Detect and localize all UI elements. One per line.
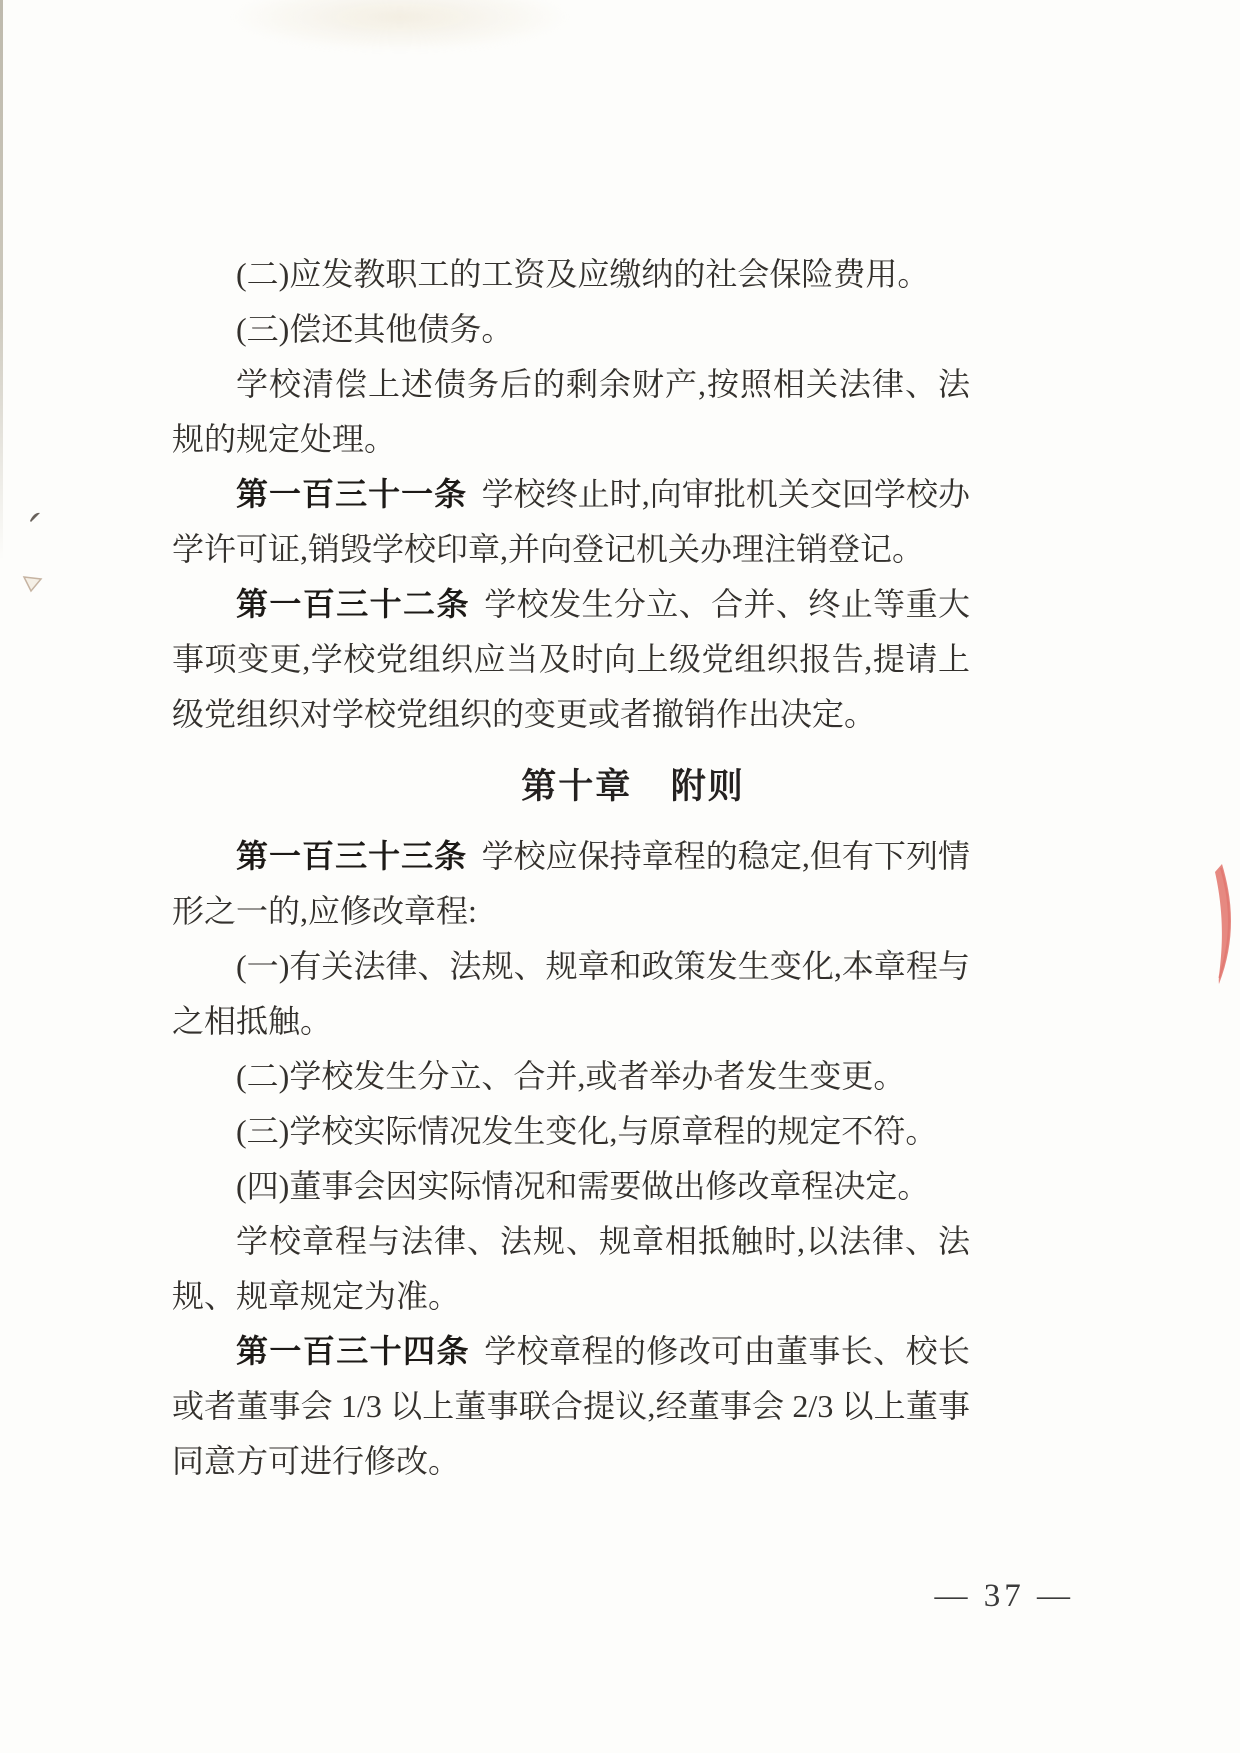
list-item-paragraph: (二)应发教职工的工资及应缴纳的社会保险费用。 (172, 247, 970, 302)
paragraph-text: (四)董事会因实际情况和需要做出修改章程决定。 (236, 1168, 929, 1204)
article-paragraph: 第一百三十二条学校发生分立、合并、终止等重大事项变更,学校党组织应当及时向上级党… (172, 577, 970, 742)
chapter-heading: 第十章附则 (234, 759, 1032, 814)
paragraph-text: (二)应发教职工的工资及应缴纳的社会保险费用。 (236, 256, 929, 292)
paragraph-text: 学校清偿上述债务后的剩余财产,按照相关法律、法规的规定处理。 (172, 366, 970, 457)
paragraph-text: (三)学校实际情况发生变化,与原章程的规定不符。 (236, 1113, 937, 1149)
document-page: (二)应发教职工的工资及应缴纳的社会保险费用。 (三)偿还其他债务。 学校清偿上… (0, 0, 1240, 1753)
document-body: (二)应发教职工的工资及应缴纳的社会保险费用。 (三)偿还其他债务。 学校清偿上… (172, 247, 970, 1489)
article-paragraph: 第一百三十三条学校应保持章程的稳定,但有下列情形之一的,应修改章程: (172, 829, 970, 939)
list-item-paragraph: (四)董事会因实际情况和需要做出修改章程决定。 (172, 1159, 970, 1214)
scan-smudge-top (230, 0, 570, 52)
paragraph-text: (三)偿还其他债务。 (236, 311, 513, 347)
red-seal-edge-mark (1204, 860, 1240, 990)
body-paragraph: 学校清偿上述债务后的剩余财产,按照相关法律、法规的规定处理。 (172, 357, 970, 467)
ink-smudge-mark (28, 510, 42, 524)
list-item-paragraph: (三)学校实际情况发生变化,与原章程的规定不符。 (172, 1104, 970, 1159)
list-item-paragraph: (一)有关法律、法规、规章和政策发生变化,本章程与之相抵触。 (172, 939, 970, 1049)
body-paragraph: 学校章程与法律、法规、规章相抵触时,以法律、法规、规章规定为准。 (172, 1214, 970, 1324)
list-item-paragraph: (二)学校发生分立、合并,或者举办者发生变更。 (172, 1049, 970, 1104)
triangle-smudge-mark (21, 574, 45, 594)
scan-edge-line (0, 0, 3, 560)
paragraph-text: (一)有关法律、法规、规章和政策发生变化,本章程与之相抵触。 (172, 948, 970, 1039)
list-item-paragraph: (三)偿还其他债务。 (172, 302, 970, 357)
page-number: — 37 — (935, 1578, 1075, 1615)
paragraph-text: (二)学校发生分立、合并,或者举办者发生变更。 (236, 1058, 905, 1094)
paragraph-text: 学校章程与法律、法规、规章相抵触时,以法律、法规、规章规定为准。 (172, 1223, 970, 1314)
chapter-title: 附则 (671, 767, 745, 806)
article-paragraph: 第一百三十四条学校章程的修改可由董事长、校长或者董事会 1/3 以上董事联合提议… (172, 1324, 970, 1489)
article-number: 第一百三十二条 (236, 586, 470, 622)
chapter-number: 第十章 (521, 767, 632, 806)
article-number: 第一百三十四条 (236, 1333, 470, 1369)
article-paragraph: 第一百三十一条学校终止时,向审批机关交回学校办学许可证,销毁学校印章,并向登记机… (172, 467, 970, 577)
article-number: 第一百三十三条 (236, 838, 467, 874)
article-number: 第一百三十一条 (236, 476, 467, 512)
